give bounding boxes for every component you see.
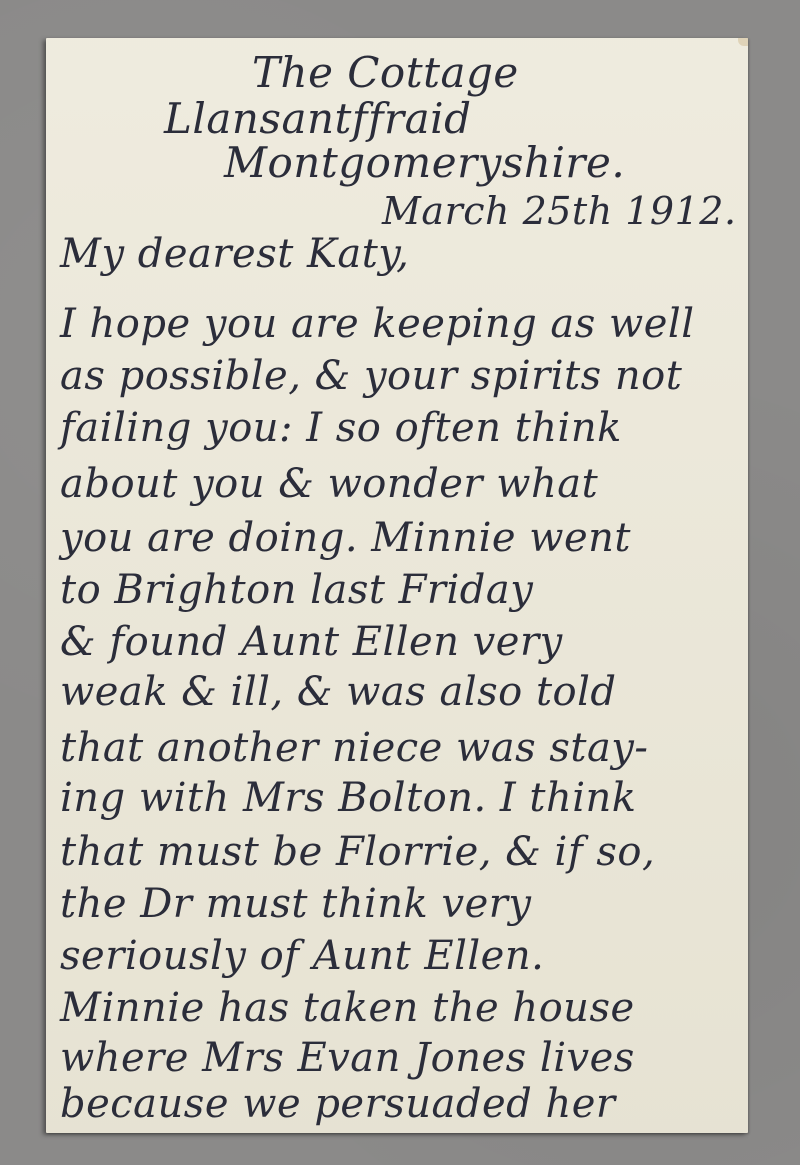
address-line-2: Llansantffraid: [164, 98, 471, 140]
body-line: & found Aunt Ellen very: [60, 622, 563, 662]
body-line: the Dr must think very: [60, 884, 531, 924]
address-line-1: The Cottage: [252, 52, 519, 94]
body-line: ing with Mrs Bolton. I think: [60, 778, 637, 818]
body-line: to Brighton last Friday: [60, 570, 533, 610]
body-line: that another niece was stay-: [60, 728, 648, 768]
letter-page: The Cottage Llansantffraid Montgomeryshi…: [46, 38, 748, 1133]
body-line: failing you: I so often think: [60, 408, 622, 448]
body-line: where Mrs Evan Jones lives: [60, 1038, 635, 1078]
body-line: because we persuaded her: [60, 1084, 616, 1124]
letter-date: March 25th 1912.: [382, 192, 737, 230]
body-line: as possible, & your spirits not: [60, 356, 682, 396]
body-line: you are doing. Minnie went: [60, 518, 631, 558]
body-line: Minnie has taken the house: [60, 988, 635, 1028]
salutation: My dearest Katy,: [60, 234, 409, 274]
address-line-3: Montgomeryshire.: [224, 142, 625, 184]
body-line: that must be Florrie, & if so,: [60, 832, 655, 872]
body-line: I hope you are keeping as well: [60, 304, 695, 344]
body-line: seriously of Aunt Ellen.: [60, 936, 544, 976]
body-line: about you & wonder what: [60, 464, 598, 504]
body-line: weak & ill, & was also told: [60, 672, 617, 712]
